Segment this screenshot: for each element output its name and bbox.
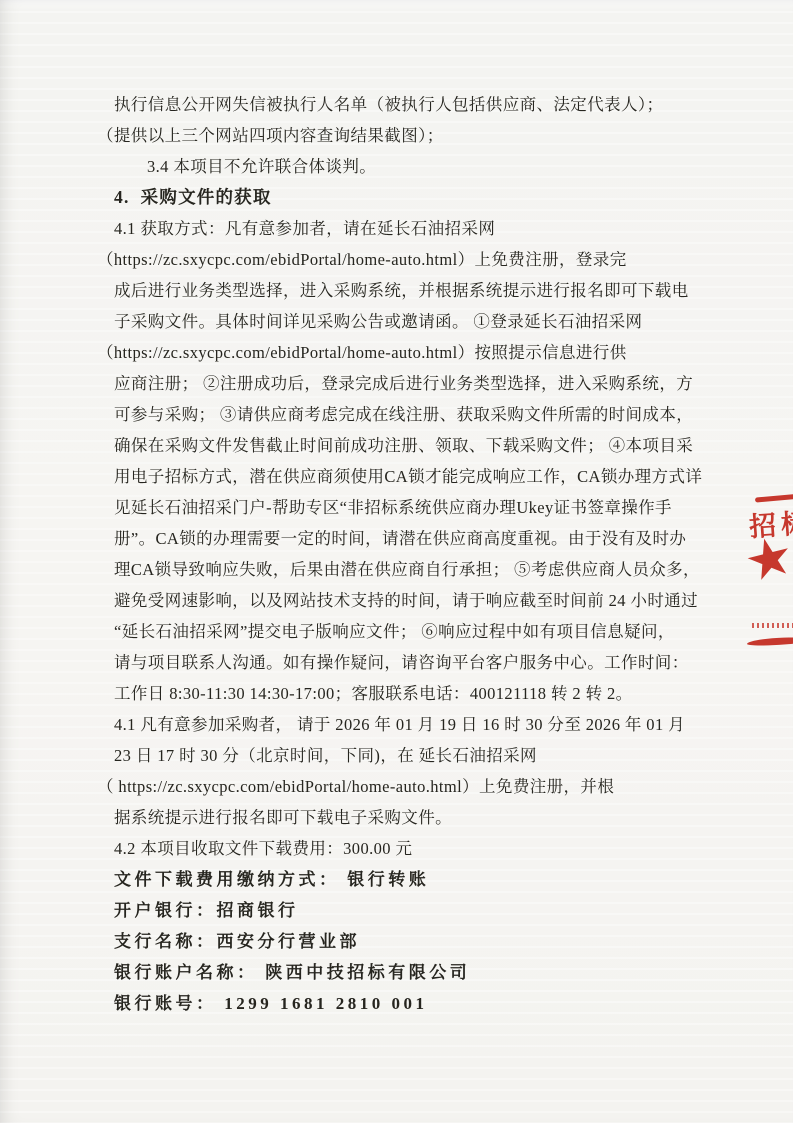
doc-line: 避免受网速影响，以及网站技术支持的时间，请于响应截至时间前 24 小时通过 bbox=[114, 585, 714, 616]
doc-line: 工作日 8:30-11:30 14:30-17:00；客服联系电话：400121… bbox=[114, 678, 714, 709]
doc-line: 理CA锁导致响应失败，后果由潜在供应商自行承担； ⑤考虑供应商人员众多， bbox=[114, 554, 714, 585]
doc-line: （https://zc.sxycpc.com/ebidPortal/home-a… bbox=[97, 244, 714, 275]
stamp-border-bottom bbox=[747, 636, 793, 646]
doc-line: 确保在采购文件发售截止时间前成功注册、领取、下载采购文件； ④本项目采 bbox=[114, 430, 714, 461]
doc-line: 成后进行业务类型选择，进入采购系统，并根据系统提示进行报名即可下载电 bbox=[114, 275, 714, 306]
doc-line: 开户银行：招商银行 bbox=[114, 895, 714, 926]
doc-line: （ https://zc.sxycpc.com/ebidPortal/home-… bbox=[97, 771, 714, 802]
doc-line: （提供以上三个网站四项内容查询结果截图）； bbox=[97, 120, 714, 151]
doc-line: 支行名称：西安分行营业部 bbox=[114, 926, 714, 957]
doc-line: 可参与采购； ③请供应商考虑完成在线注册、获取采购文件所需的时间成本， bbox=[114, 399, 714, 430]
stamp-serial-marks bbox=[752, 623, 793, 628]
doc-line: （https://zc.sxycpc.com/ebidPortal/home-a… bbox=[97, 337, 714, 368]
doc-line: 4.2 本项目收取文件下载费用：300.00 元 bbox=[114, 833, 714, 864]
company-seal-stamp: 招标 ★ bbox=[744, 488, 793, 660]
doc-line: 册”。CA锁的办理需要一定的时间，请潜在供应商高度重视。由于没有及时办 bbox=[114, 523, 714, 554]
section-heading: 4. 采购文件的获取 bbox=[114, 182, 714, 213]
text-block: 执行信息公开网失信被执行人名单（被执行人包括供应商、法定代表人）； （提供以上三… bbox=[114, 89, 714, 1019]
doc-line: 3.4 本项目不允许联合体谈判。 bbox=[147, 151, 714, 182]
scanned-document-page: 执行信息公开网失信被执行人名单（被执行人包括供应商、法定代表人）； （提供以上三… bbox=[0, 0, 793, 1123]
doc-line: 见延长石油招采门户-帮助专区“非招标系统供应商办理Ukey证书签章操作手 bbox=[114, 492, 714, 523]
star-icon: ★ bbox=[739, 527, 793, 591]
doc-line: 请与项目联系人沟通。如有操作疑问，请咨询平台客户服务中心。工作时间： bbox=[114, 647, 714, 678]
doc-line: 4.1 凡有意参加采购者， 请于 2026 年 01 月 19 日 16 时 3… bbox=[114, 709, 714, 740]
doc-line: 用电子招标方式，潜在供应商须使用CA锁才能完成响应工作，CA锁办理方式详 bbox=[114, 461, 714, 492]
doc-line: 23 日 17 时 30 分（北京时间，下同)，在 延长石油招采网 bbox=[114, 740, 714, 771]
doc-line: 子采购文件。具体时间详见采购公告或邀请函。 ①登录延长石油招采网 bbox=[114, 306, 714, 337]
doc-line: 应商注册； ②注册成功后，登录完成后进行业务类型选择，进入采购系统，方 bbox=[114, 368, 714, 399]
stamp-border-top bbox=[755, 492, 793, 502]
doc-line: 4.1 获取方式：凡有意参加者，请在延长石油招采网 bbox=[114, 213, 714, 244]
doc-line: 银行账号： 1299 1681 2810 001 bbox=[114, 988, 714, 1019]
doc-line: 据系统提示进行报名即可下载电子采购文件。 bbox=[114, 802, 714, 833]
doc-line: 银行账户名称： 陕西中技招标有限公司 bbox=[114, 957, 714, 988]
doc-line: “延长石油招采网”提交电子版响应文件； ⑥响应过程中如有项目信息疑问， bbox=[114, 616, 714, 647]
doc-line: 执行信息公开网失信被执行人名单（被执行人包括供应商、法定代表人）； bbox=[114, 89, 714, 120]
doc-line: 文件下载费用缴纳方式： 银行转账 bbox=[114, 864, 714, 895]
